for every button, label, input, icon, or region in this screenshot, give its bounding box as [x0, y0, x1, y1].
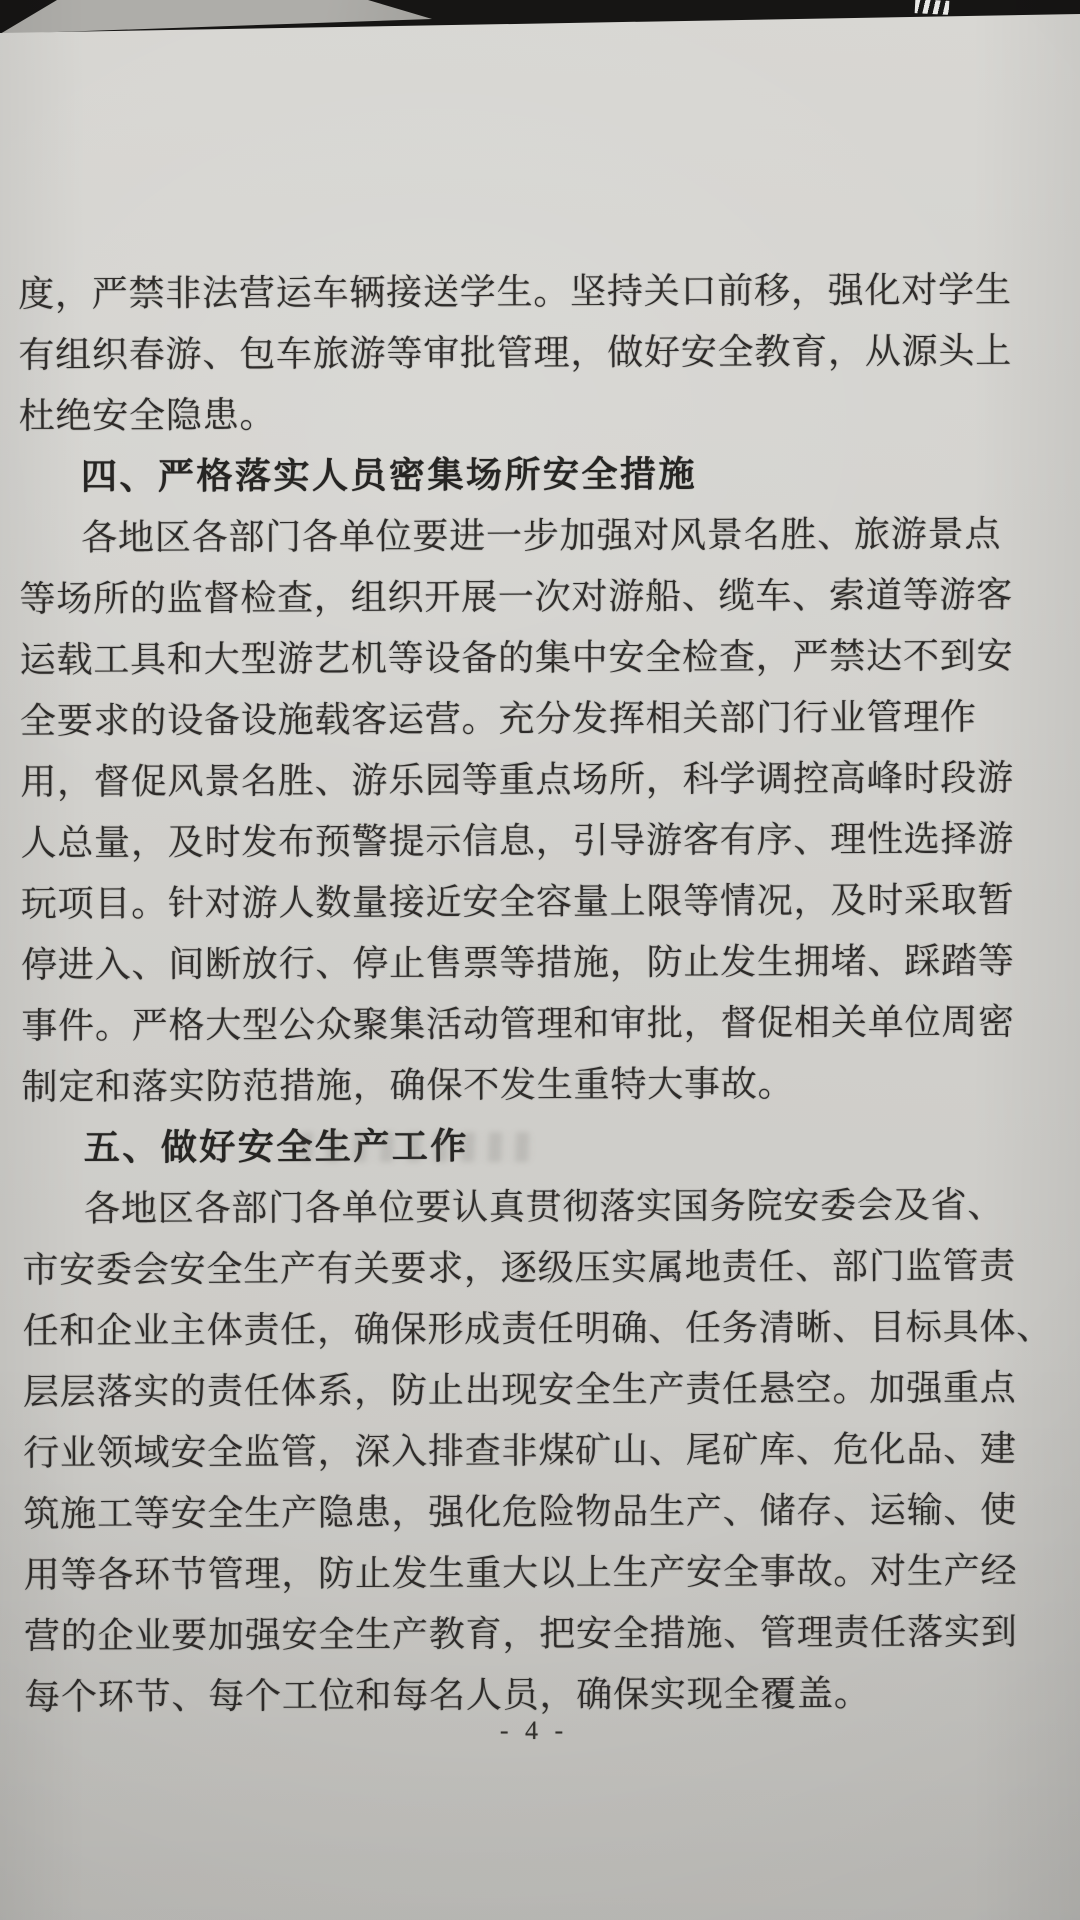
- text-line: 市安委会安全生产有关要求，逐级压实属地责任、部门监管责: [22, 1236, 1026, 1301]
- text-line: 人总量，及时发布预警提示信息，引导游客有序、理性选择游: [20, 809, 1024, 874]
- section-heading: 四、严格落实人员密集场所安全措施: [19, 443, 1023, 508]
- text-line: 事件。严格大型公众聚集活动管理和审批，督促相关单位周密: [21, 992, 1025, 1057]
- text-line: 运载工具和大型游艺机等设备的集中安全检查，严禁达不到安: [20, 626, 1024, 691]
- text-line: 度，严禁非法营运车辆接送学生。坚持关口前移，强化对学生: [18, 260, 1022, 325]
- text-line: 行业领域安全监管，深入排查非煤矿山、尾矿库、危化品、建: [23, 1419, 1027, 1484]
- text-line: 各地区各部门各单位要进一步加强对风景名胜、旅游景点: [19, 504, 1023, 569]
- ink-showthrough-smudge: [300, 1132, 535, 1162]
- text-line: 营的企业要加强安全生产教育，把安全措施、管理责任落实到: [24, 1602, 1028, 1667]
- page-number: - 4 -: [0, 1710, 1074, 1752]
- text-line: 层层落实的责任体系，防止出现安全生产责任悬空。加强重点: [23, 1358, 1027, 1423]
- text-line: 全要求的设备设施载客运营。充分发挥相关部门行业管理作: [20, 687, 1024, 752]
- document-text-block: 度，严禁非法营运车辆接送学生。坚持关口前移，强化对学生有组织春游、包车旅游等审批…: [18, 260, 1028, 1728]
- text-line: 玩项目。针对游人数量接近安全容量上限等情况，及时采取暂: [21, 870, 1025, 935]
- text-line: 制定和落实防范措施，确保不发生重特大事故。: [21, 1053, 1025, 1118]
- text-line: 用，督促风景名胜、游乐园等重点场所，科学调控高峰时段游: [20, 748, 1024, 813]
- text-line: 杜绝安全隐患。: [19, 382, 1023, 447]
- text-line: 停进入、间断放行、停止售票等措施，防止发生拥堵、踩踏等: [21, 931, 1025, 996]
- photo-of-document: 度，严禁非法营运车辆接送学生。坚持关口前移，强化对学生有组织春游、包车旅游等审批…: [0, 0, 1080, 1920]
- striped-desk-object: [915, 0, 950, 15]
- text-line: 用等各环节管理，防止发生重大以上生产安全事故。对生产经: [24, 1541, 1028, 1606]
- text-line: 筑施工等安全生产隐患，强化危险物品生产、储存、运输、使: [23, 1480, 1027, 1545]
- document-page: 度，严禁非法营运车辆接送学生。坚持关口前移，强化对学生有组织春游、包车旅游等审批…: [0, 0, 1080, 1920]
- text-line: 等场所的监督检查，组织开展一次对游船、缆车、索道等游客: [19, 565, 1023, 630]
- text-line: 各地区各部门各单位要认真贯彻落实国务院安委会及省、: [22, 1175, 1026, 1240]
- text-line: 有组织春游、包车旅游等审批管理，做好安全教育，从源头上: [18, 321, 1022, 386]
- text-line: 任和企业主体责任，确保形成责任明确、任务清晰、目标具体、: [23, 1297, 1027, 1362]
